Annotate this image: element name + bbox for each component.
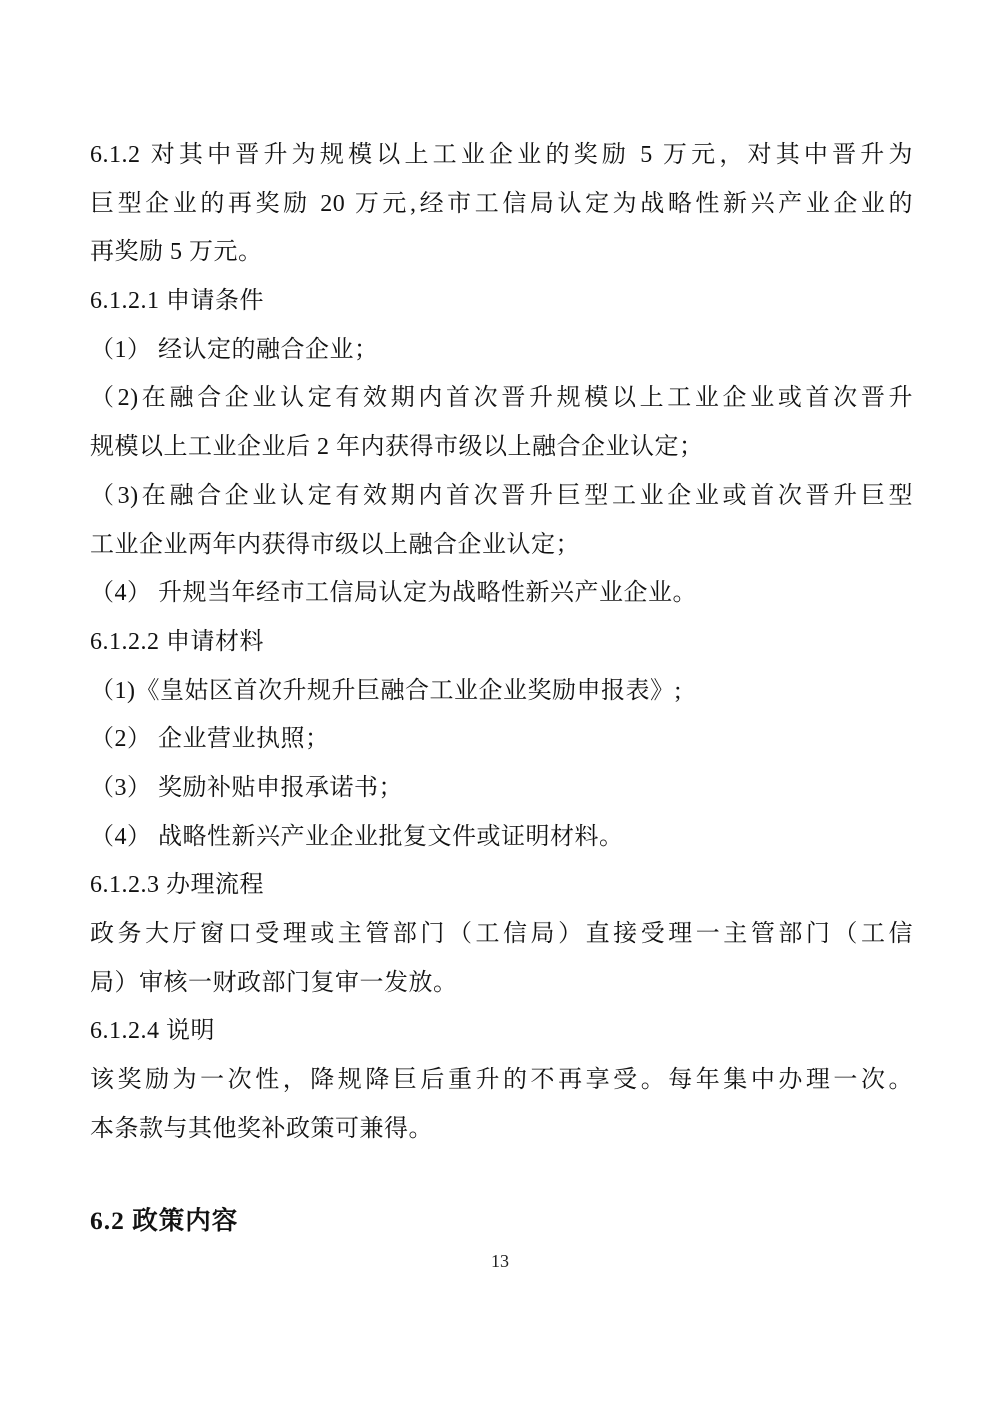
text-line: （2） 企业营业执照； xyxy=(90,715,913,764)
text-line: 规模以上工业企业后 2 年内获得市级以上融合企业认定； xyxy=(90,423,913,472)
document-page: 6.1.2 对其中晋升为规模以上工业企业的奖励 5 万元，对其中晋升为巨型企业的… xyxy=(0,0,1000,1413)
section-heading: 6.2 政策内容 xyxy=(90,1197,913,1246)
text-line: （4） 战略性新兴产业企业批复文件或证明材料。 xyxy=(90,813,913,862)
text-line: 巨型企业的再奖励 20 万元,经市工信局认定为战略性新兴产业企业的 xyxy=(90,180,913,229)
text-line: 工业企业两年内获得市级以上融合企业认定； xyxy=(90,521,913,570)
text-line: 6.1.2.4 说明 xyxy=(90,1007,913,1056)
text-line: 6.1.2.1 申请条件 xyxy=(90,277,913,326)
text-line: 再奖励 5 万元。 xyxy=(90,228,913,277)
text-line: （1)《皇姑区首次升规升巨融合工业企业奖励申报表》; xyxy=(90,667,913,716)
text-line: 6.1.2 对其中晋升为规模以上工业企业的奖励 5 万元，对其中晋升为 xyxy=(90,131,913,180)
text-line: 政务大厅窗口受理或主管部门（工信局）直接受理一主管部门（工信 xyxy=(90,910,913,959)
text-line: （2)在融合企业认定有效期内首次晋升规模以上工业企业或首次晋升 xyxy=(90,374,913,423)
document-body: 6.1.2 对其中晋升为规模以上工业企业的奖励 5 万元，对其中晋升为巨型企业的… xyxy=(90,131,913,1246)
text-line: 该奖励为一次性，降规降巨后重升的不再享受。每年集中办理一次。 xyxy=(90,1056,913,1105)
text-line: 6.1.2.2 申请材料 xyxy=(90,618,913,667)
text-line: （4） 升规当年经市工信局认定为战略性新兴产业企业。 xyxy=(90,569,913,618)
text-line: 6.1.2.3 办理流程 xyxy=(90,861,913,910)
text-line: （3)在融合企业认定有效期内首次晋升巨型工业企业或首次晋升巨型 xyxy=(90,472,913,521)
page-number: 13 xyxy=(0,1249,1000,1273)
text-line: （1） 经认定的融合企业； xyxy=(90,326,913,375)
text-line: 本条款与其他奖补政策可兼得。 xyxy=(90,1105,913,1154)
text-line: 局）审核一财政部门复审一发放。 xyxy=(90,959,913,1008)
text-line: （3） 奖励补贴申报承诺书； xyxy=(90,764,913,813)
